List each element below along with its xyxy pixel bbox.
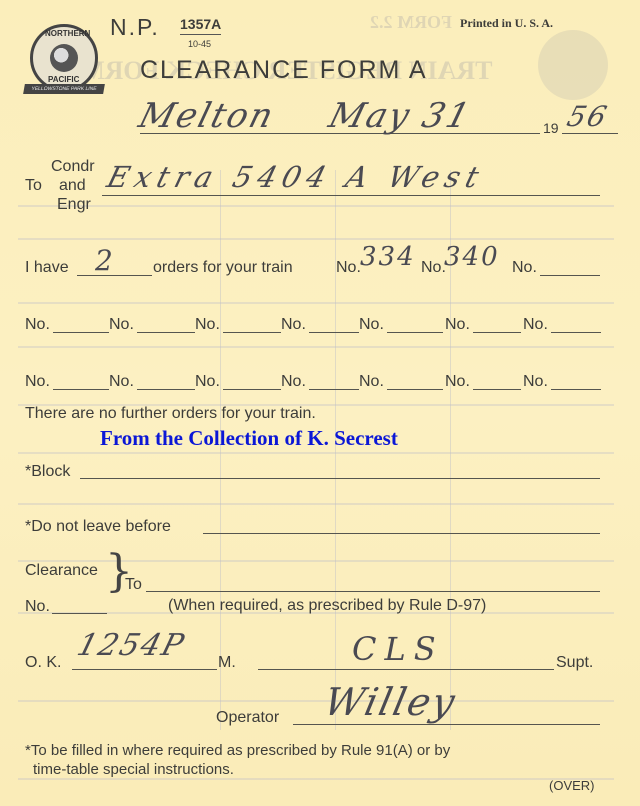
order-blank	[309, 332, 359, 333]
logo-top-text: NORTHERN	[45, 29, 90, 38]
footnote-line-1: *To be filled in where required as presc…	[25, 742, 450, 759]
ghost-rule	[18, 346, 614, 348]
supt-line	[258, 669, 554, 670]
order-no-label: No.	[445, 373, 470, 391]
clearance-form-paper: FORM 2.2 TRAIN REGISTER CHECK FORM NORTH…	[0, 0, 640, 806]
clearance-no-line	[52, 613, 107, 614]
order-no-label: No.	[109, 373, 134, 391]
order-no-label: No.	[523, 316, 548, 334]
form-title: CLEARANCE FORM A	[140, 56, 428, 85]
order-no-label: No.	[359, 316, 384, 334]
order-blank	[473, 332, 521, 333]
block-label: *Block	[25, 463, 70, 481]
do-not-leave-label: *Do not leave before	[25, 518, 171, 536]
train-no-1-handwritten: 334	[360, 242, 416, 272]
order-no-label: No.	[523, 373, 548, 391]
clearance-no-label: No.	[25, 598, 50, 616]
ghost-rule	[18, 205, 614, 207]
rule-d97-note: (When required, as prescribed by Rule D-…	[168, 597, 486, 615]
train-no-label-1: No.	[336, 259, 361, 277]
year-prefix: 19	[543, 120, 559, 136]
logo-bottom-text: PACIFIC	[48, 75, 79, 84]
order-no-label: No.	[195, 373, 220, 391]
clearance-to-line	[146, 591, 600, 592]
addressee-line	[102, 195, 600, 196]
order-blank	[137, 332, 195, 333]
year-handwritten: 56	[564, 100, 612, 133]
ok-time-handwritten: 1254P	[73, 628, 189, 663]
footnote-line-2: time-table special instructions.	[33, 761, 234, 778]
ghost-rule	[18, 778, 614, 780]
order-blank	[387, 389, 443, 390]
train-no-label-2: No.	[421, 259, 446, 277]
order-blank	[551, 332, 601, 333]
order-blank	[387, 332, 443, 333]
ok-time-line	[72, 669, 217, 670]
no-further-orders: There are no further orders for your tra…	[25, 405, 316, 423]
monad-logo-icon	[50, 44, 78, 72]
order-blank	[223, 389, 281, 390]
addressee-handwritten: Extra 5404 A West	[103, 160, 488, 194]
logo-banner: YELLOWSTONE PARK LINE	[23, 84, 105, 94]
order-no-label: No.	[445, 316, 470, 334]
order-no-label: No.	[281, 373, 306, 391]
order-no-label: No.	[195, 316, 220, 334]
form-number: 1357A	[180, 16, 221, 35]
train-no-label-3: No.	[512, 259, 537, 277]
do-not-leave-line	[203, 533, 600, 534]
revision-date: 10-45	[188, 39, 211, 49]
order-blank	[473, 389, 521, 390]
order-blank	[53, 332, 109, 333]
order-count-handwritten: 2	[95, 244, 115, 277]
supt-initials-handwritten: CLS	[352, 630, 444, 668]
order-no-label: No.	[281, 316, 306, 334]
supt-label: Supt.	[556, 654, 593, 672]
train-no-2-handwritten: 340	[444, 242, 500, 272]
engr-label: Engr	[57, 196, 91, 214]
collection-watermark: From the Collection of K. Secrest	[100, 426, 398, 451]
order-no-label: No.	[109, 316, 134, 334]
over-label: (OVER)	[549, 778, 595, 793]
block-line	[80, 478, 600, 479]
ok-label: O. K.	[25, 654, 61, 672]
clearance-label: Clearance	[25, 562, 98, 580]
order-blank	[309, 389, 359, 390]
order-blank	[223, 332, 281, 333]
ghost-rule	[18, 302, 614, 304]
place-handwritten: Melton	[135, 96, 280, 136]
year-line	[562, 133, 618, 134]
printed-in-usa: Printed in U. S. A.	[460, 16, 553, 31]
operator-line	[293, 724, 600, 725]
ghost-rule	[18, 700, 614, 702]
ghost-rule	[18, 452, 614, 454]
and-label: and	[59, 177, 86, 195]
orders-for-label: orders for your train	[153, 259, 293, 277]
railroad-code: N.P.	[110, 14, 160, 41]
to-label: To	[25, 177, 42, 195]
m-label: M.	[218, 654, 236, 672]
logo-banner-text: YELLOWSTONE PARK LINE	[31, 86, 97, 92]
northern-pacific-logo: NORTHERN PACIFIC	[30, 24, 98, 92]
ghost-rule	[18, 238, 614, 240]
order-blank	[551, 389, 601, 390]
order-no-label: No.	[359, 373, 384, 391]
i-have-label: I have	[25, 259, 69, 277]
order-blank	[53, 389, 109, 390]
order-no-label: No.	[25, 373, 50, 391]
train-no-3-line	[540, 275, 600, 276]
condr-label: Condr	[51, 158, 95, 176]
ghost-logo	[538, 30, 608, 100]
order-blank	[137, 389, 195, 390]
ghost-text: FORM 2.2	[370, 12, 452, 33]
ghost-rule	[18, 503, 614, 505]
date-handwritten: May 31	[325, 96, 476, 136]
operator-label: Operator	[216, 709, 279, 727]
clearance-to-label: To	[125, 576, 142, 594]
order-no-label: No.	[25, 316, 50, 334]
operator-signature-handwritten: Willey	[320, 680, 460, 724]
